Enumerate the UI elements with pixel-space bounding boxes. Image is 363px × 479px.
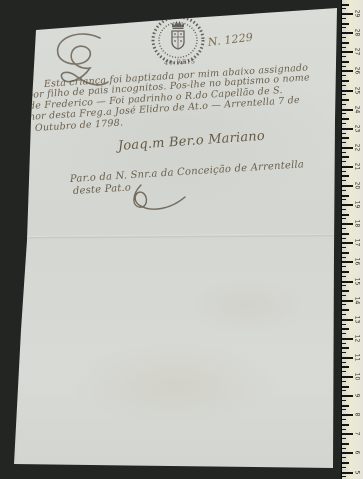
ruler-number: 26 (354, 66, 361, 76)
ruler-tick (342, 118, 349, 120)
ruler-tick (342, 142, 346, 143)
ruler-tick (342, 42, 349, 44)
ruler-number: 16 (354, 257, 361, 267)
ruler-number: 24 (354, 104, 361, 114)
ruler-tick (342, 56, 346, 57)
ruler-tick (342, 13, 353, 15)
ruler-tick (342, 51, 353, 53)
ruler-tick (342, 295, 346, 296)
paper: 40 REIS N. 1229 Esta criança foi baptiza… (0, 0, 363, 479)
ruler-number: 13 (354, 314, 361, 324)
ruler-tick (342, 419, 346, 420)
ruler-tick (342, 429, 346, 430)
ruler-tick (342, 133, 346, 134)
ruler-tick (342, 448, 346, 449)
ruler-tick (342, 204, 353, 206)
ruler-tick (342, 395, 353, 397)
ruler-tick (342, 357, 353, 359)
ruler-number: 10 (354, 372, 361, 382)
ruler-tick (342, 61, 349, 63)
ruler-tick (342, 386, 349, 388)
ruler-tick (342, 104, 346, 105)
ruler-number: 7 (354, 429, 361, 439)
ruler-number: 17 (354, 238, 361, 248)
ruler-number: 14 (354, 295, 361, 305)
ruler-tick (342, 175, 349, 177)
ruler-tick (342, 8, 346, 9)
ruler-tick (342, 457, 346, 458)
ruler-tick (342, 400, 346, 401)
ruler-tick (342, 233, 349, 235)
ruler-number: 9 (354, 391, 361, 401)
ruler-number: 6 (354, 448, 361, 458)
ruler-tick (342, 242, 353, 244)
ruler-tick (342, 390, 346, 391)
ruler-tick (342, 309, 349, 311)
ruler-tick (342, 113, 346, 114)
ruler-tick (342, 199, 346, 200)
ruler-number: 21 (354, 161, 361, 171)
ruler-number: 28 (354, 28, 361, 38)
ruler-tick (342, 32, 353, 34)
ruler-tick (342, 185, 353, 187)
ruler-tick (342, 261, 353, 263)
ruler-tick (342, 314, 346, 315)
rubric-flourish-icon (113, 179, 193, 213)
ruler-tick (342, 238, 346, 239)
ruler-tick (342, 472, 353, 474)
ruler-tick (342, 276, 346, 277)
ruler-tick (342, 109, 353, 111)
ruler-tick (342, 333, 346, 334)
ruler-tick (342, 37, 346, 38)
ruler-tick (342, 433, 353, 435)
ruler-tick (342, 99, 349, 101)
ruler-number: 12 (354, 333, 361, 343)
ruler-tick (342, 281, 353, 283)
ruler-tick (342, 180, 346, 181)
ruler-tick (342, 366, 349, 368)
ruler: 3029282726252423222120191817161514131211… (341, 0, 363, 479)
ruler-tick (342, 90, 353, 92)
ruler-tick (342, 195, 349, 197)
ruler-tick (342, 405, 349, 407)
ruler-tick (342, 304, 346, 305)
ruler-tick (342, 137, 349, 139)
ruler-tick (342, 462, 349, 464)
ruler-number: 11 (354, 352, 361, 362)
ruler-tick (342, 94, 346, 95)
ruler-tick (342, 190, 346, 191)
signature: Joaq.m Ber.o Mariano (117, 129, 265, 154)
ruler-tick (342, 152, 346, 153)
ruler-tick (342, 266, 346, 267)
ruler-tick (342, 376, 353, 378)
ruler-tick (342, 352, 346, 353)
scanned-document: 40 REIS N. 1229 Esta criança foi baptiza… (0, 0, 363, 479)
ruler-tick (342, 381, 346, 382)
ruler-number: 20 (354, 181, 361, 191)
ruler-tick (342, 23, 349, 25)
ruler-tick (342, 147, 353, 149)
ruler-number: 27 (354, 47, 361, 57)
ruler-tick (342, 338, 353, 340)
ruler-tick (342, 47, 346, 48)
ruler-number: 15 (354, 276, 361, 286)
ruler-tick (342, 319, 353, 321)
ruler-number: 25 (354, 85, 361, 95)
ruler-tick (342, 362, 346, 363)
fold-crease (14, 234, 334, 239)
ruler-tick (342, 70, 353, 72)
ruler-tick (342, 66, 346, 67)
ruler-tick (342, 161, 346, 162)
ruler-tick (342, 328, 349, 330)
ruler-number: 22 (354, 142, 361, 152)
ruler-tick (342, 285, 346, 286)
ruler-tick (342, 290, 349, 292)
ruler-tick (342, 218, 346, 219)
ruler-tick (342, 27, 346, 28)
ruler-tick (342, 467, 346, 468)
ruler-tick (342, 4, 349, 6)
ruler-tick (342, 443, 349, 445)
ruler-tick (342, 424, 349, 426)
ruler-tick (342, 75, 346, 76)
ruler-tick (342, 209, 346, 210)
ruler-tick (342, 156, 349, 158)
ruler-tick (342, 85, 346, 86)
ruler-tick (342, 343, 346, 344)
ruler-tick (342, 214, 349, 216)
ruler-tick (342, 371, 346, 372)
ruler-tick (342, 18, 346, 19)
ruler-number: 8 (354, 410, 361, 420)
ruler-tick (342, 80, 349, 82)
ruler-tick (342, 166, 353, 168)
ruler-number: 18 (354, 219, 361, 229)
ruler-number: 23 (354, 123, 361, 133)
ruler-tick (342, 452, 353, 454)
ruler-tick (342, 476, 346, 477)
ruler-tick (342, 252, 349, 254)
ruler-number: 19 (354, 200, 361, 210)
ruler-tick (342, 438, 346, 439)
ruler-tick (342, 128, 353, 130)
ruler-tick (342, 324, 346, 325)
document-number: N. 1229 (207, 31, 254, 49)
ruler-tick (342, 257, 346, 258)
ruler-number: 29 (354, 9, 361, 19)
ruler-tick (342, 347, 349, 349)
ruler-tick (342, 223, 353, 225)
ruler-tick (342, 414, 353, 416)
ruler-tick (342, 228, 346, 229)
ruler-number: 5 (354, 467, 361, 477)
ruler-tick (342, 123, 346, 124)
ruler-tick (342, 271, 349, 273)
ruler-tick (342, 300, 353, 302)
ruler-tick (342, 171, 346, 172)
ruler-tick (342, 409, 346, 410)
ruler-tick (342, 247, 346, 248)
